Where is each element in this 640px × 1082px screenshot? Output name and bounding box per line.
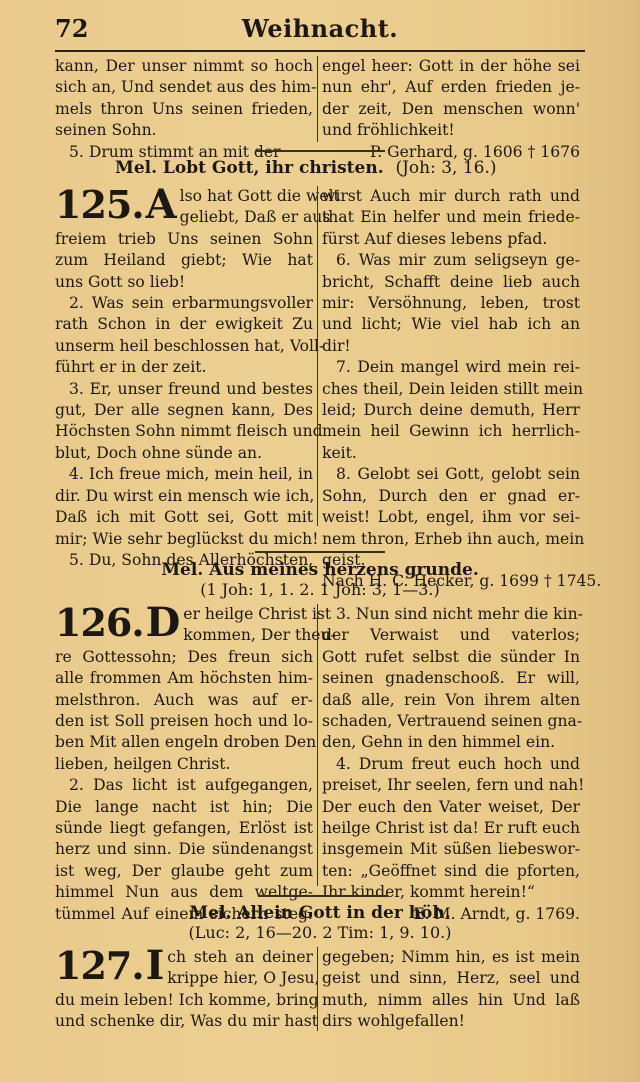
text-line: dirs wohlgefallen! xyxy=(322,1011,580,1032)
text-line: melsthron. Auch was auf er- xyxy=(55,690,313,711)
text-line: seinen gnadenschooß. Er will, xyxy=(322,668,580,689)
text-line: weist! Lobt, engel, ihm vor sei- xyxy=(322,507,580,528)
text-line: gut, Der alle segnen kann, Des xyxy=(55,400,313,421)
text-line: und fröhlichkeit! xyxy=(322,120,580,141)
text-line: heilge Christ ist da! Er ruft euch xyxy=(322,818,580,839)
text-line: preiset, Ihr seelen, fern und nah! xyxy=(322,775,580,796)
text-line: leid; Durch deine demuth, Herr xyxy=(322,400,580,421)
text-line: sünde liegt gefangen, Erlöst ist xyxy=(55,818,313,839)
text-line: wirst Auch mir durch rath und xyxy=(322,186,580,207)
column-divider xyxy=(317,604,318,886)
header-rule xyxy=(55,50,585,52)
text-line: uns Gott so lieb! xyxy=(55,272,313,293)
text-line: den ist Soll preisen hoch und lo- xyxy=(55,711,313,732)
drop-cap: D xyxy=(146,604,181,642)
verse-start: 6. Was mir zum seligseyn ge- xyxy=(322,250,580,271)
text-line: Ihr kinder, kommt herein!“ xyxy=(322,882,580,903)
text-line: ten: „Geöffnet sind die pforten, xyxy=(322,861,580,882)
text-line: und schenke dir, Was du mir hast xyxy=(55,1011,313,1032)
column-divider xyxy=(317,947,318,1031)
text-line: mels thron Uns seinen frieden, xyxy=(55,99,313,120)
text-line: Gott rufet selbst die sünder In xyxy=(322,647,580,668)
verse-start: 8. Gelobt sei Gott, gelobt sein xyxy=(322,464,580,485)
text-line: geist und sinn, Herz, seel und xyxy=(322,968,580,989)
text-line: freiem trieb Uns seinen Sohn xyxy=(55,229,313,250)
drop-cap: I xyxy=(146,947,165,985)
text-line: seinen Sohn. xyxy=(55,120,313,141)
drop-cap: A xyxy=(146,186,177,224)
running-title: Weihnacht. xyxy=(55,14,585,43)
verse-start: 3. Er, unser freund und bestes xyxy=(55,379,313,400)
hymnal-page: 72 Weihnacht. kann, Der unser nimmt so h… xyxy=(0,0,640,1082)
text-line: unserm heil beschlossen hat, Voll- xyxy=(55,336,313,357)
hymn-127-reference: (Luc: 2, 16—20. 2 Tim: 1, 9. 10.) xyxy=(0,923,640,942)
column-divider xyxy=(317,186,318,526)
text-line: schaden, Vertrauend seinen gna- xyxy=(322,711,580,732)
text-line: lieben, heilgen Christ. xyxy=(55,754,313,775)
text-line: blut, Doch ohne sünde an. xyxy=(55,443,313,464)
verse-start: 7. Dein mangel wird mein rei- xyxy=(322,357,580,378)
section-rule xyxy=(255,150,385,152)
text-line: führt er in der zeit. xyxy=(55,357,313,378)
text-line: dir! xyxy=(322,336,580,357)
text-line: re Gottessohn; Des freun sich xyxy=(55,647,313,668)
text-line: Der euch den Vater weiset, Der xyxy=(322,797,580,818)
text-line: bricht, Schafft deine lieb auch xyxy=(322,272,580,293)
text-line: Sohn, Durch den er gnad er- xyxy=(322,486,580,507)
text-line: der zeit, Den menschen wonn' xyxy=(322,99,580,120)
hymn-127: 127. I ch steh an deiner krippe hier, O … xyxy=(55,947,585,1033)
text-line: sich an, Und sendet aus des him- xyxy=(55,77,313,98)
text-line: du mein leben! Ich komme, bring xyxy=(55,990,313,1011)
text-line: alle frommen Am höchsten him- xyxy=(55,668,313,689)
text-line: himmel Nun aus dem weltge- xyxy=(55,882,313,903)
text-line: ches theil, Dein leiden stillt mein xyxy=(322,379,580,400)
text-line: ben Mit allen engeln droben Den xyxy=(55,732,313,753)
continuation-left-column: kann, Der unser nimmt so hoch sich an, U… xyxy=(55,56,313,163)
hymn-125-left-column: 125. A lso hat Gott die welt geliebt, Da… xyxy=(55,186,313,593)
hymn-125-right-column: wirst Auch mir durch rath und that Ein h… xyxy=(322,186,580,593)
hymn-126-melody: Mel. Aus meines herzens grunde. xyxy=(0,560,640,580)
text-line: zum Heiland giebt; Wie hat xyxy=(55,250,313,271)
text-line: nem thron, Erheb ihn auch, mein xyxy=(322,529,580,550)
continuation-right-column: engel heer: Gott in der höhe sei nun ehr… xyxy=(322,56,580,163)
text-line: mein heil Gewinn ich herrlich- xyxy=(322,421,580,442)
text-line: mir: Versöhnung, leben, trost xyxy=(322,293,580,314)
hymn-127-left-column: 127. I ch steh an deiner krippe hier, O … xyxy=(55,947,313,1033)
text-line: ist weg, Der glaube geht zum xyxy=(55,861,313,882)
text-line: fürst Auf dieses lebens pfad. xyxy=(322,229,580,250)
scripture-reference: (Joh: 3, 16.) xyxy=(395,158,496,178)
verse-start: 2. Was sein erbarmungsvoller xyxy=(55,293,313,314)
text-line: daß alle, rein Von ihrem alten xyxy=(322,690,580,711)
hymn-number: 125. xyxy=(55,186,144,224)
section-rule xyxy=(258,895,388,897)
verse-start: 3. Nun sind nicht mehr die kin- xyxy=(322,604,580,625)
text-line: dir. Du wirst ein mensch wie ich, xyxy=(55,486,313,507)
verse-start: 2. Das licht ist aufgegangen, xyxy=(55,775,313,796)
verse-start: 4. Drum freut euch hoch und xyxy=(322,754,580,775)
text-line: keit. xyxy=(322,443,580,464)
text-line: der Verwaist und vaterlos; xyxy=(322,625,580,646)
text-line: Höchsten Sohn nimmt fleisch und xyxy=(55,421,313,442)
continuation-section: kann, Der unser nimmt so hoch sich an, U… xyxy=(55,56,585,163)
text-line: rath Schon in der ewigkeit Zu xyxy=(55,314,313,335)
melody-title: Mel. Lobt Gott, ihr christen. xyxy=(115,158,384,178)
hymn-126-left-column: 126. D er heilge Christ ist kommen, Der … xyxy=(55,604,313,925)
hymn-125-melody: Mel. Lobt Gott, ihr christen. (Joh: 3, 1… xyxy=(115,158,635,178)
hymn-125: 125. A lso hat Gott die welt geliebt, Da… xyxy=(55,186,585,593)
text-line: nun ehr', Auf erden frieden je- xyxy=(322,77,580,98)
hymn-127-right-column: gegeben; Nimm hin, es ist mein geist und… xyxy=(322,947,580,1033)
text-line: muth, nimm alles hin Und laß xyxy=(322,990,580,1011)
text-line: that Ein helfer und mein friede- xyxy=(322,207,580,228)
hymn-126-right-column: 3. Nun sind nicht mehr die kin- der Verw… xyxy=(322,604,580,925)
text-line: gegeben; Nimm hin, es ist mein xyxy=(322,947,580,968)
hymn-number: 127. xyxy=(55,947,144,985)
page-header: 72 Weihnacht. xyxy=(55,14,585,44)
column-divider xyxy=(317,56,318,142)
hymn-127-melody: Mel. Allein Gott in der höh. xyxy=(0,903,640,923)
hymn-126: 126. D er heilge Christ ist kommen, Der … xyxy=(55,604,585,925)
verse-start: 4. Ich freue mich, mein heil, in xyxy=(55,464,313,485)
hymn-126-reference: (1 Joh: 1, 1. 2. 1 Joh: 3, 1—3.) xyxy=(0,580,640,599)
text-line: kann, Der unser nimmt so hoch xyxy=(55,56,313,77)
text-line: insgemein Mit süßen liebeswor- xyxy=(322,839,580,860)
text-line: den, Gehn in den himmel ein. xyxy=(322,732,580,753)
section-rule xyxy=(255,551,385,553)
text-line: herz und sinn. Die sündenangst xyxy=(55,839,313,860)
text-line: mir; Wie sehr beglückst du mich! xyxy=(55,529,313,550)
text-line: Die lange nacht ist hin; Die xyxy=(55,797,313,818)
text-line: engel heer: Gott in der höhe sei xyxy=(322,56,580,77)
text-line: und licht; Wie viel hab ich an xyxy=(322,314,580,335)
hymn-number: 126. xyxy=(55,604,144,642)
text-line: Daß ich mit Gott sei, Gott mit xyxy=(55,507,313,528)
